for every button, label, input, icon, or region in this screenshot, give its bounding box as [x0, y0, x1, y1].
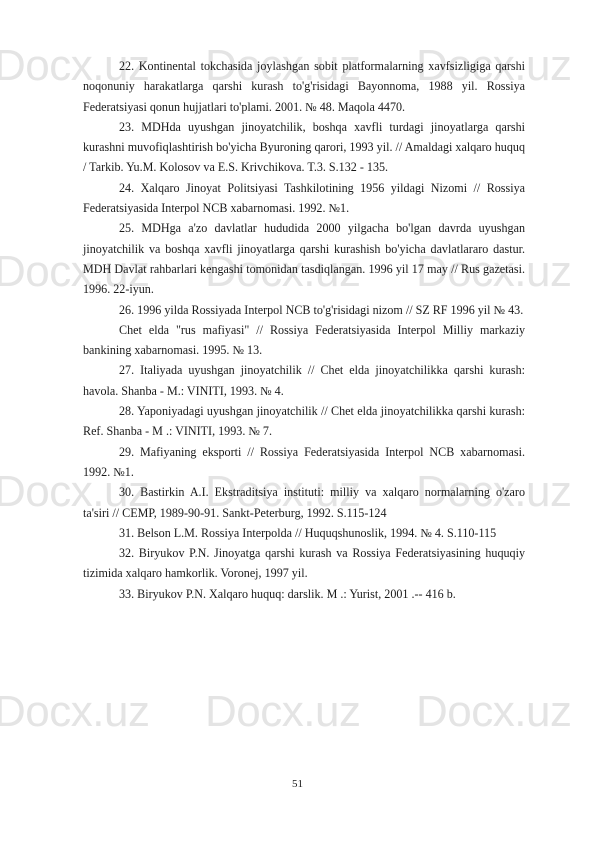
watermark-text: Docx.uz: [416, 692, 571, 732]
reference-item: 26. 1996 yilda Rossiyada Interpol NCB to…: [83, 300, 525, 320]
reference-item: 29. Mafiyaning eksporti // Rossiya Feder…: [83, 442, 525, 483]
watermark-text: Docx.uz: [0, 692, 149, 732]
page-number: 51: [0, 777, 595, 791]
reference-item: Chet elda "rus mafiyasi" // Rossiya Fede…: [83, 320, 525, 361]
reference-item: 27. Italiyada uyushgan jinoyatchilik // …: [83, 360, 525, 401]
reference-item: 32. Biryukov P.N. Jinoyatga qarshi kuras…: [83, 543, 525, 584]
reference-item: 30. Bastirkin A.I. Ekstraditsiya institu…: [83, 482, 525, 523]
reference-item: 28. Yaponiyadagi uyushgan jinoyatchilik …: [83, 401, 525, 442]
reference-item: 22. Kontinental tokchasida joylashgan so…: [83, 56, 525, 117]
reference-item: 33. Biryukov P.N. Xalqaro huquq: darslik…: [83, 584, 525, 604]
watermark-row: Docx.uz Docx.uz Docx.uz: [0, 692, 595, 732]
reference-item: 24. Xalqaro Jinoyat Politsiyasi Tashkilo…: [83, 178, 525, 219]
reference-item: 25. MDHga a'zo davlatlar hududida 2000 y…: [83, 218, 525, 299]
watermark-text: Docx.uz: [205, 692, 360, 732]
reference-item: 31. Belson L.M. Rossiya Interpolda // Hu…: [83, 523, 525, 543]
reference-list: 22. Kontinental tokchasida joylashgan so…: [83, 56, 525, 604]
reference-item: 23. MDHda uyushgan jinoyatchilik, boshqa…: [83, 117, 525, 178]
